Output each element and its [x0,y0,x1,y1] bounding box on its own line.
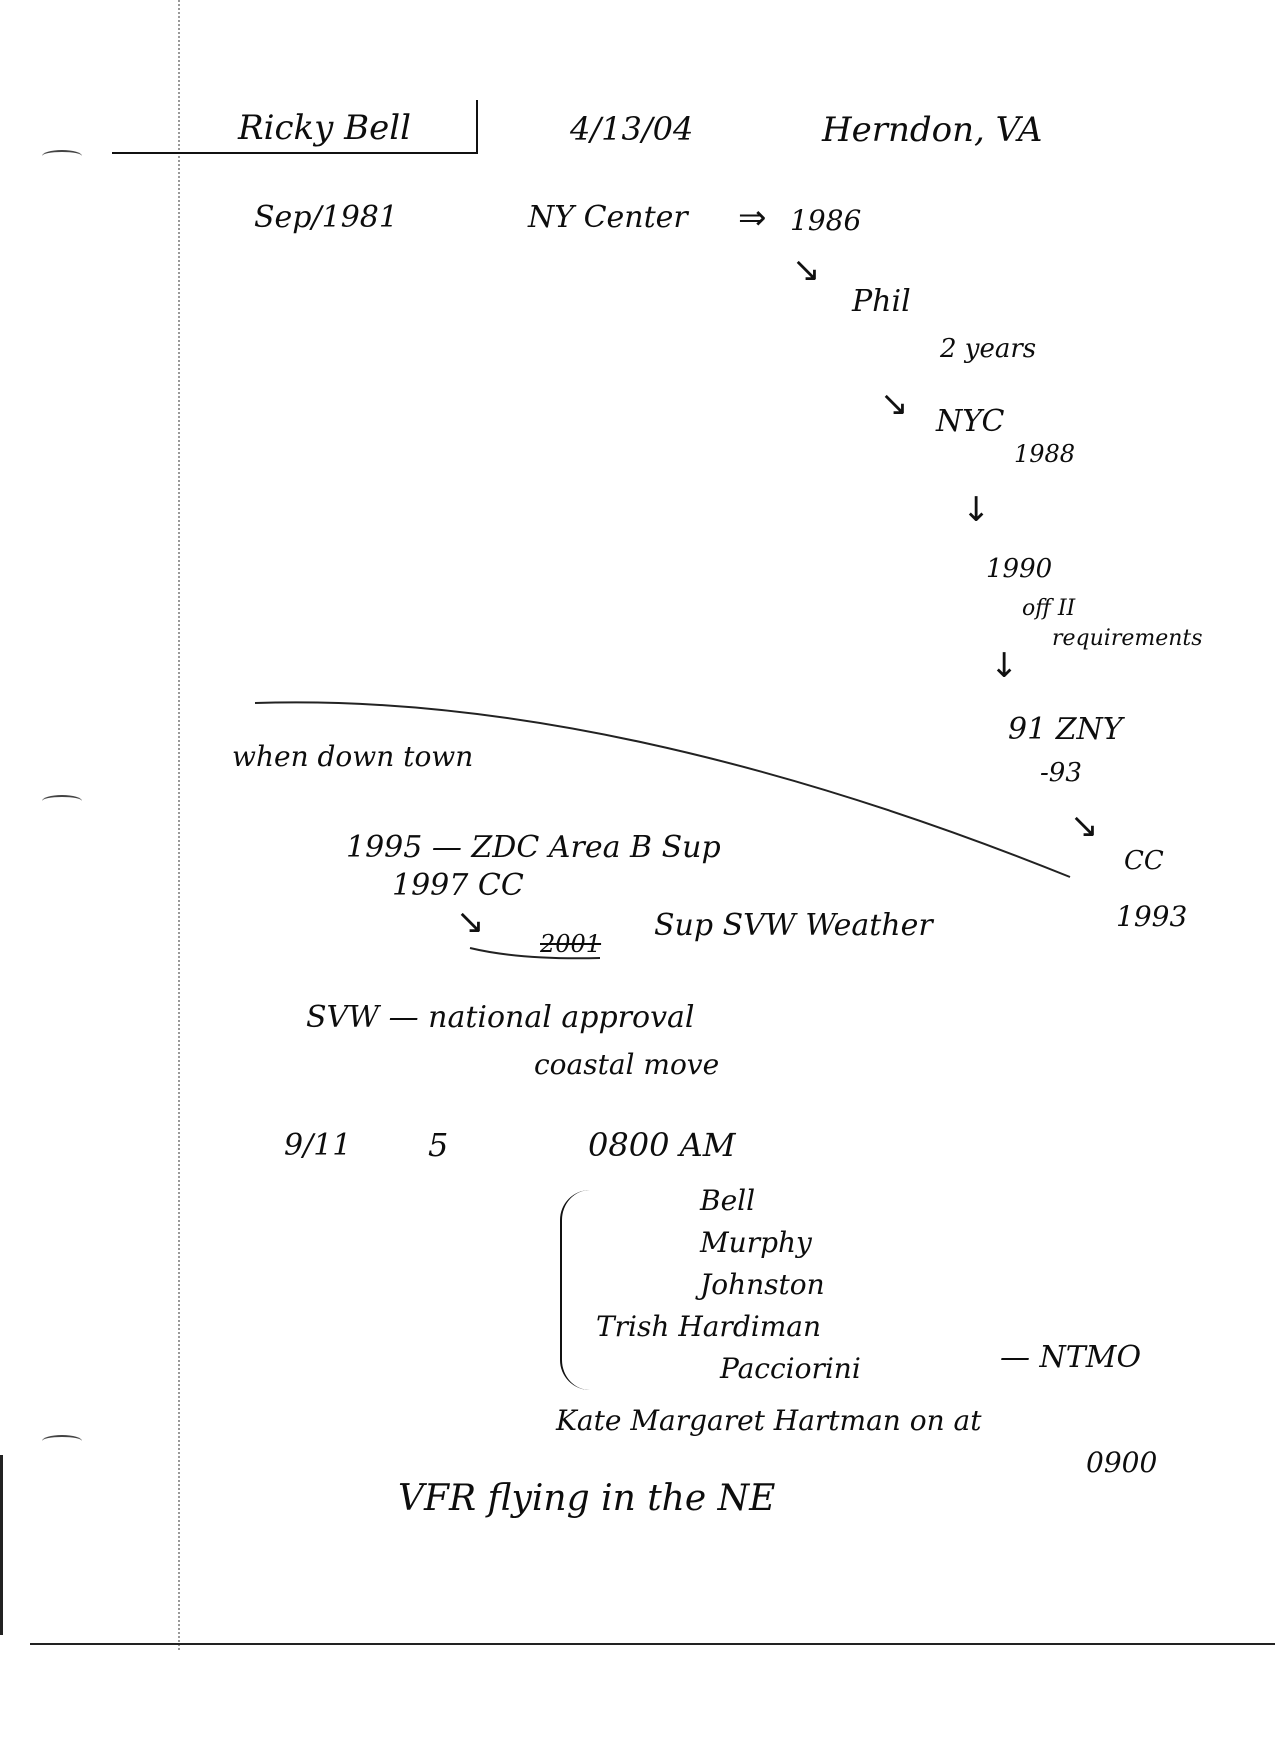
staff-count: 5 [428,1126,448,1164]
staff-name: Trish Hardiman [596,1310,821,1343]
staff-name: Bell [700,1184,755,1217]
note-line: SVW — national approval [306,1000,695,1035]
staff-name: Johnston [700,1268,825,1301]
scanned-note-page: Ricky Bell 4/13/04 Herndon, VA Sep/1981 … [0,0,1275,1755]
staff-name: Pacciorini [720,1352,861,1385]
shift-time: 0800 AM [588,1126,735,1164]
struck-year: 2001 [540,930,601,958]
note-line: coastal move [534,1048,719,1081]
note-line: VFR flying in the NE [398,1478,775,1519]
down-right-arrow-icon: ↘ [456,902,485,942]
note-line: Sup SVW Weather [654,908,933,943]
ntmo-label: — NTMO [1000,1340,1141,1375]
note-line: 1997 CC [392,868,524,903]
event-date: 9/11 [284,1128,351,1163]
note-line: when down town [232,740,473,773]
note-line: 1995 — ZDC Area B Sup [346,830,721,865]
note-line: 0900 [1086,1446,1157,1479]
note-line: Kate Margaret Hartman on at [556,1404,981,1437]
staff-name: Murphy [700,1226,812,1259]
bracket [560,1190,592,1390]
